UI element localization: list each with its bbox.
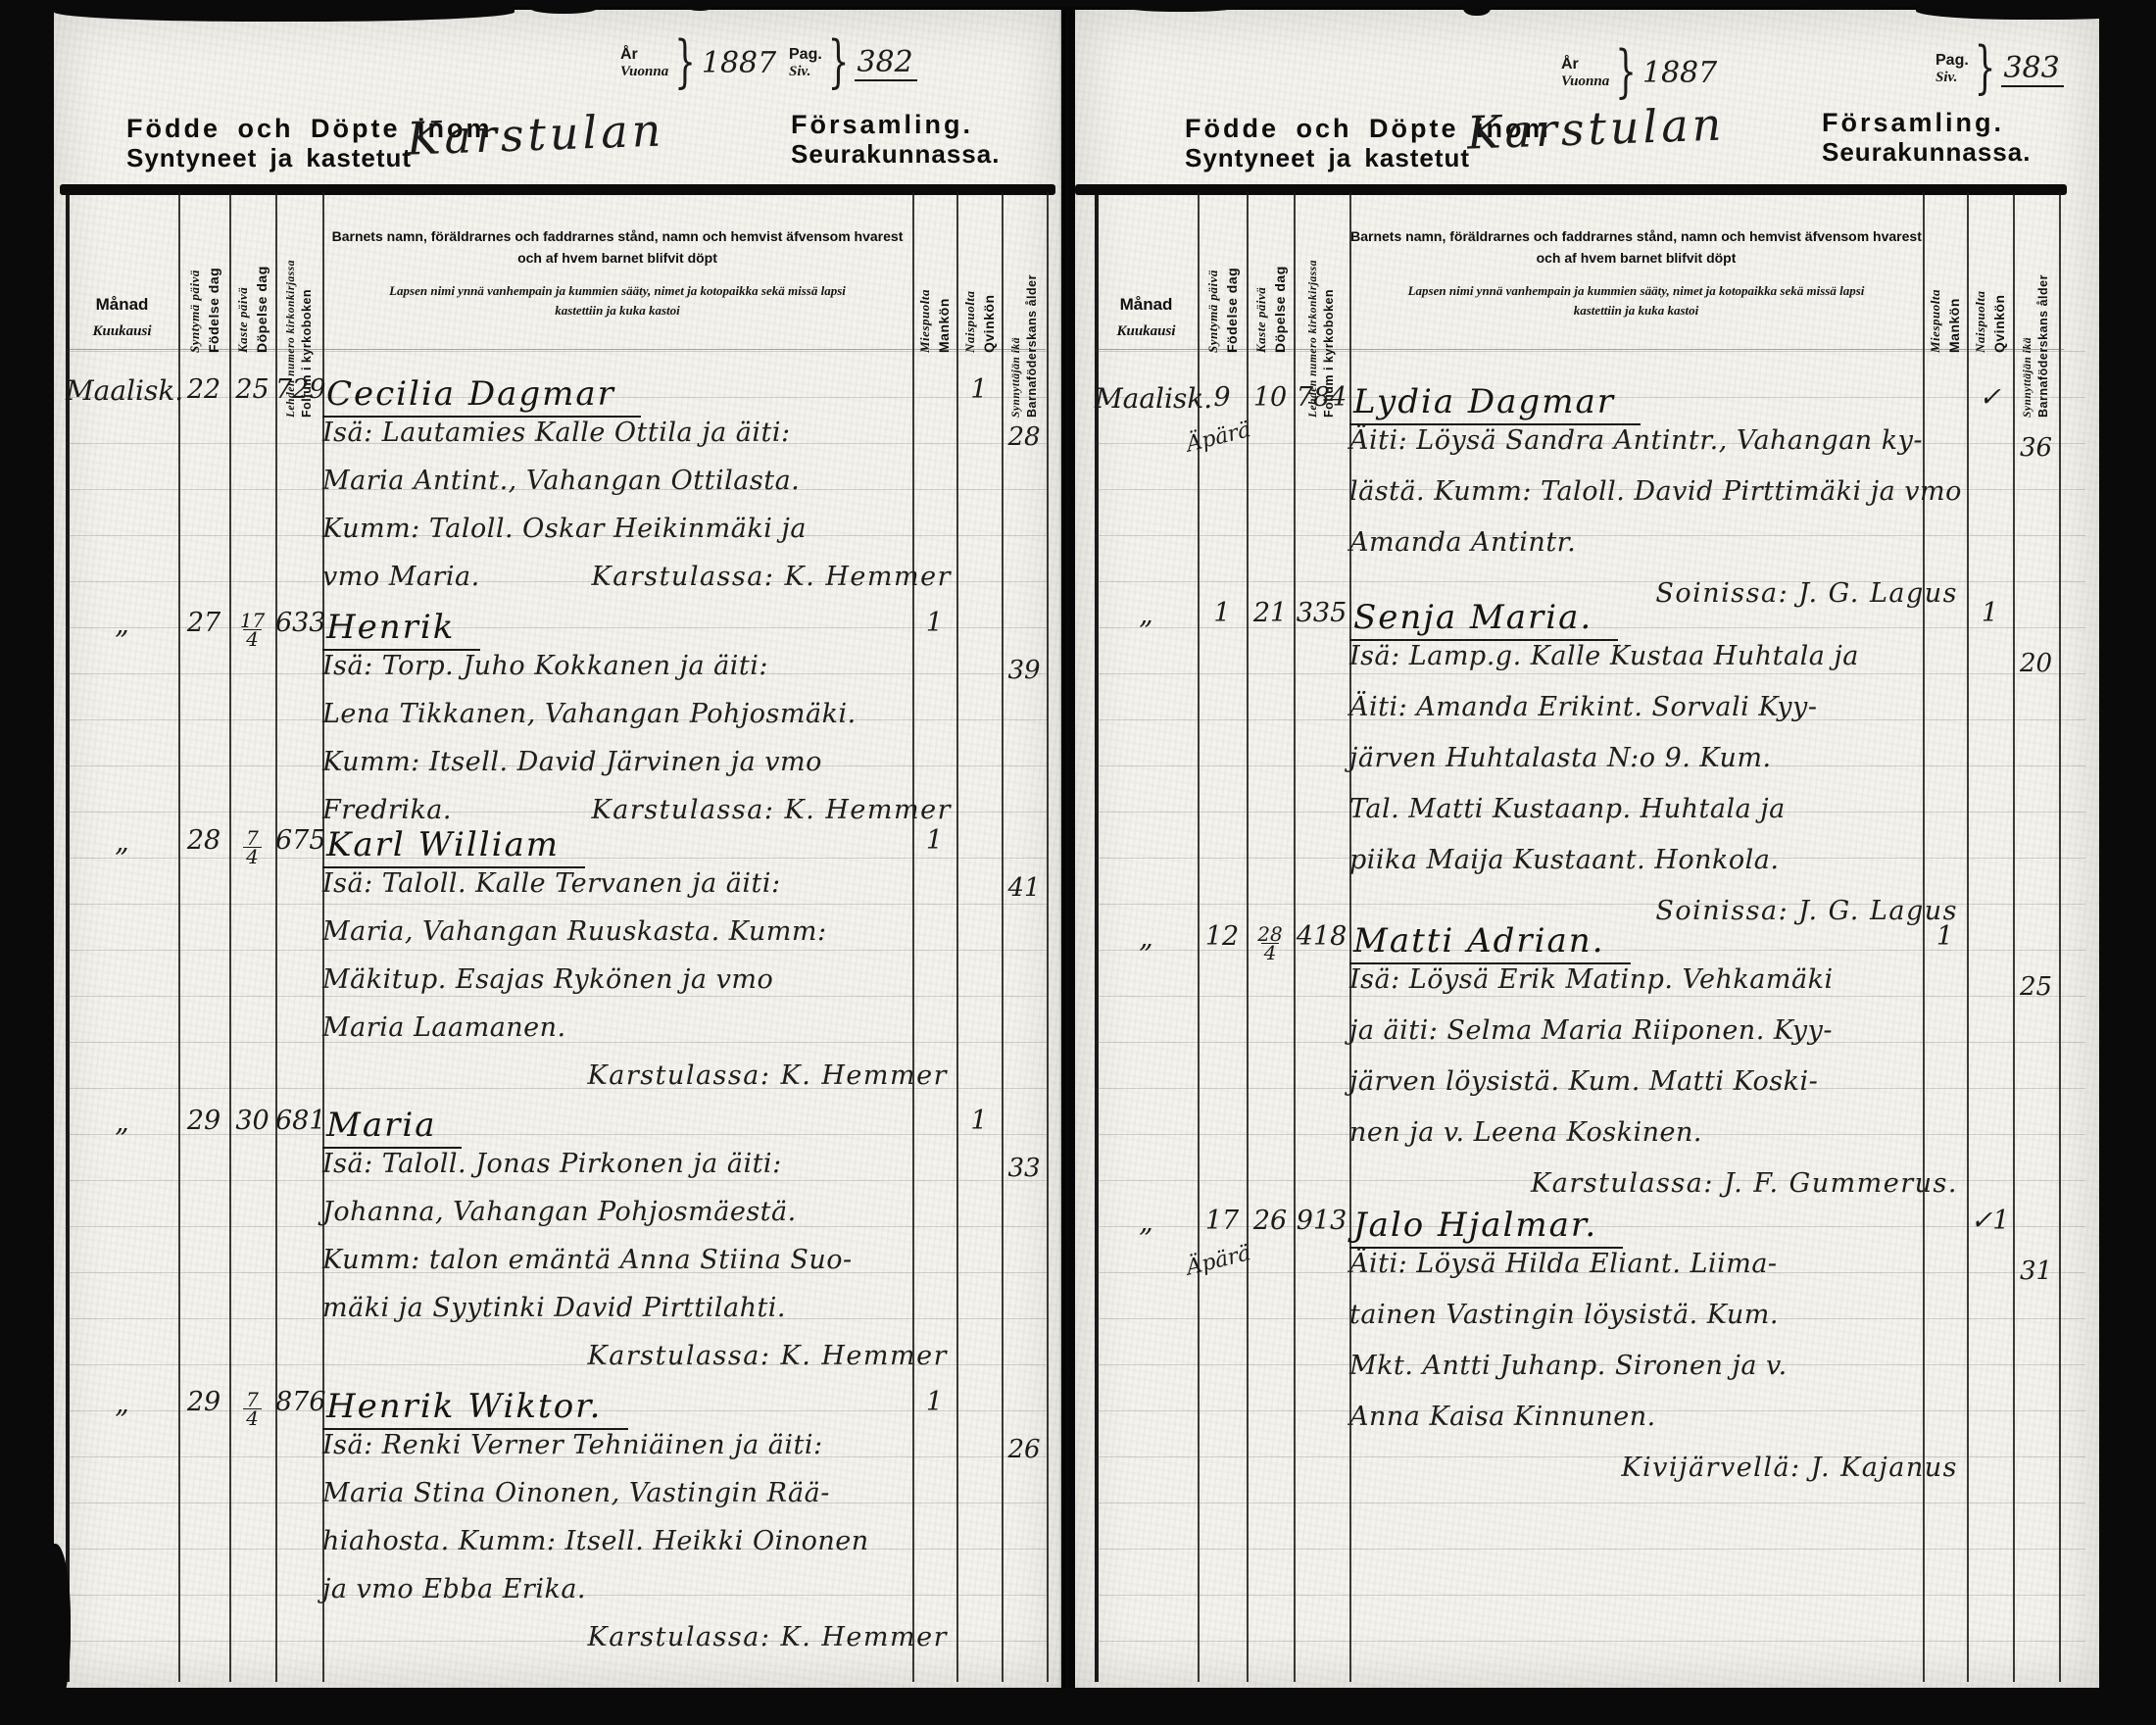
scan-artifact (529, 0, 598, 14)
entry-body-line: Fredrika.Karstulassa: K. Hemmer (322, 795, 952, 825)
entry-folio-number: 784 (1294, 382, 1349, 413)
entry-male-mark: 1 (912, 1387, 956, 1417)
entry-folio-number: 681 (275, 1106, 322, 1136)
entry-birth-note: Äpärä (1184, 1245, 1238, 1280)
entry-mother-age: 41 (1002, 873, 1047, 903)
register-page-right: År Vuonna } 1887 Pag. Siv. } 383 Födde o… (1075, 10, 2099, 1688)
entry-body-line: järven löysistä. Kum. Matti Koski- (1349, 1066, 1962, 1097)
entry-month: Maalisk. (66, 374, 178, 407)
entry-signature: Karstulassa: K. Hemmer (322, 1060, 952, 1091)
entry-body-line: Isä: Lamp.g. Kalle Kustaa Huhtala ja (1349, 641, 1962, 671)
entry-birth-note: Äpärä (1184, 421, 1238, 457)
entry-body-line: Mäkitup. Esajas Rykönen ja vmo (322, 964, 952, 995)
entry-mother-age: 20 (2013, 649, 2059, 678)
entry-mother-age: 31 (2013, 1257, 2059, 1286)
entry-signature: Karstulassa: K. Hemmer (322, 1341, 952, 1371)
entry-month: Maalisk. (1095, 382, 1198, 415)
entry-female-mark: ✓ (1967, 382, 2013, 413)
entry-baptism-day: 284 (1247, 921, 1294, 965)
entry-body-line: piika Maija Kustaant. Honkola. (1349, 845, 1962, 875)
entry-baptism-day: 74 (229, 1387, 275, 1431)
entry-month: „ (66, 825, 178, 858)
entry-baptism-day: 30 (229, 1106, 275, 1136)
entry-body-line: Isä: Taloll. Kalle Tervanen ja äiti: (322, 868, 952, 899)
entries-layer: Maalisk. 22 25 729 Cecilia Dagmar Isä: L… (54, 10, 1061, 1688)
entry-child-name: Matti Adrian. (1349, 921, 1631, 964)
entry-female-mark: 1 (956, 1106, 1002, 1136)
entry-child-name: Maria (322, 1106, 462, 1149)
entry-mother-age: 28 (1002, 422, 1047, 452)
entry-folio-number: 876 (275, 1387, 322, 1417)
entry-child-name: Jalo Hjalmar. (1349, 1206, 1623, 1249)
entry-birth-day: 29 (178, 1106, 229, 1136)
entry-body-line: ja äiti: Selma Maria Riiponen. Kyy- (1349, 1015, 1962, 1046)
entry-body-line: lästä. Kumm: Taloll. David Pirttimäki ja… (1349, 476, 1962, 507)
entry-female-mark: 1 (1967, 598, 2013, 628)
page-fold-line (1066, 10, 1069, 1688)
entry-body-line: Mkt. Antti Juhanp. Sironen ja v. (1349, 1351, 1962, 1381)
entry-folio-number: 729 (275, 374, 322, 405)
entry-baptism-day: 26 (1247, 1206, 1294, 1236)
entry-folio-number: 633 (275, 608, 322, 638)
entry-child-name: Henrik Wiktor. (322, 1387, 628, 1430)
scan-artifact (686, 1, 713, 11)
scanned-register-spread: År Vuonna } 1887 Pag. Siv. } 382 Födde o… (0, 0, 2156, 1725)
entry-baptism-day: 10 (1247, 382, 1294, 413)
entry-body-line: Äiti: Löysä Sandra Antintr., Vahangan ky… (1349, 425, 1962, 456)
entry-folio-number: 675 (275, 825, 322, 856)
entry-month: „ (1095, 1206, 1198, 1238)
entry-birth-day: 12 (1198, 921, 1247, 952)
entry-body-line: järven Huhtalasta N:o 9. Kum. (1349, 743, 1962, 773)
entry-child-name: Cecilia Dagmar (322, 374, 641, 418)
entry-body-line: mäki ja Syytinki David Pirttilahti. (322, 1293, 952, 1323)
entry-body-line: Kumm: talon emäntä Anna Stiina Suo- (322, 1245, 952, 1275)
entry-body-line: nen ja v. Leena Koskinen. (1349, 1117, 1962, 1148)
entry-body-line: Anna Kaisa Kinnunen. (1349, 1402, 1962, 1432)
entry-mother-age: 39 (1002, 656, 1047, 685)
entry-body-line: Kumm: Taloll. Oskar Heikinmäki ja (322, 514, 952, 544)
entry-body-line: Maria, Vahangan Ruuskasta. Kumm: (322, 916, 952, 947)
entry-female-mark: ✓1 (1967, 1206, 2013, 1236)
entry-body-line: Kumm: Itsell. David Järvinen ja vmo (322, 747, 952, 777)
entry-folio-number: 418 (1294, 921, 1349, 952)
entry-body-line: Maria Stina Oinonen, Vastingin Rää- (322, 1478, 952, 1508)
entry-birth-day: 9 Äpärä (1198, 382, 1247, 449)
entry-birth-day: 27 (178, 608, 229, 638)
entry-mother-age: 25 (2013, 972, 2059, 1002)
entry-body-line: Isä: Renki Verner Tehniäinen ja äiti: (322, 1430, 952, 1460)
entry-male-mark: 1 (912, 608, 956, 638)
entry-birth-day: 1 (1198, 598, 1247, 628)
scan-edge-left (0, 0, 54, 1725)
entry-baptism-day: 74 (229, 825, 275, 869)
entry-body-line: Johanna, Vahangan Pohjosmäestä. (322, 1197, 952, 1227)
entry-month: „ (1095, 598, 1198, 630)
entry-body-line: Lena Tikkanen, Vahangan Pohjosmäki. (322, 699, 952, 729)
entry-signature: Karstulassa: K. Hemmer (322, 1622, 952, 1652)
entry-signature: Karstulassa: J. F. Gummerus. (1349, 1168, 1962, 1199)
entry-body-line: Äiti: Löysä Hilda Eliant. Liima- (1349, 1249, 1962, 1279)
scan-artifact (1801, 0, 1886, 10)
scan-edge-bottom (0, 1688, 2156, 1725)
entry-folio-number: 913 (1294, 1206, 1349, 1236)
entry-mother-age: 36 (2013, 433, 2059, 463)
entry-male-mark: 1 (912, 825, 956, 856)
entry-body-line: tainen Vastingin löysistä. Kum. (1349, 1300, 1962, 1330)
entry-child-name: Henrik (322, 608, 480, 651)
entry-body-line: Amanda Antintr. (1349, 527, 1962, 558)
entry-month: „ (1095, 921, 1198, 954)
entry-body-line: Maria Antint., Vahangan Ottilasta. (322, 466, 952, 496)
entry-body-line: Isä: Torp. Juho Kokkanen ja äiti: (322, 651, 952, 681)
entry-body-line: Tal. Matti Kustaanp. Huhtala ja (1349, 794, 1962, 824)
entry-baptism-day: 21 (1247, 598, 1294, 628)
entry-body-line: hiahosta. Kumm: Itsell. Heikki Oinonen (322, 1526, 952, 1556)
entry-child-name: Karl William (322, 825, 585, 868)
entry-birth-day: 28 (178, 825, 229, 856)
scan-artifact (37, 1544, 71, 1710)
entry-male-mark: 1 (1923, 921, 1967, 952)
entry-body-line: Isä: Lautamies Kalle Ottila ja äiti: (322, 418, 952, 448)
entry-baptism-day: 174 (229, 608, 275, 652)
entry-body-line: Isä: Taloll. Jonas Pirkonen ja äiti: (322, 1149, 952, 1179)
entry-body-line: Isä: Löysä Erik Matinp. Vehkamäki (1349, 964, 1962, 995)
entry-body-line: ja vmo Ebba Erika. (322, 1574, 952, 1604)
entry-birth-day: 22 (178, 374, 229, 405)
register-page-left: År Vuonna } 1887 Pag. Siv. } 382 Födde o… (54, 10, 1061, 1688)
scan-artifact (1122, 0, 1240, 12)
entry-signature: Karstulassa: K. Hemmer (592, 562, 952, 592)
entry-female-mark: 1 (956, 374, 1002, 405)
entry-mother-age: 33 (1002, 1154, 1047, 1183)
entry-signature: Kivijärvellä: J. Kajanus (1349, 1453, 1962, 1483)
entry-child-name: Lydia Dagmar (1349, 382, 1641, 425)
entries-layer: Maalisk. 9 Äpärä 10 784 Lydia Dagmar Äit… (1075, 10, 2099, 1688)
entry-month: „ (66, 1387, 178, 1419)
scan-edge-right (2099, 0, 2156, 1725)
entry-mother-age: 26 (1002, 1435, 1047, 1464)
entry-birth-day: 17 Äpärä (1198, 1206, 1247, 1272)
entry-birth-day: 29 (178, 1387, 229, 1417)
entry-month: „ (66, 1106, 178, 1138)
scan-artifact (1463, 0, 1491, 16)
entry-signature: Karstulassa: K. Hemmer (592, 795, 952, 825)
entry-body-line: Äiti: Amanda Erikint. Sorvali Kyy- (1349, 692, 1962, 722)
scan-artifact (54, 0, 514, 22)
entry-body-line: vmo Maria.Karstulassa: K. Hemmer (322, 562, 952, 592)
entry-baptism-day: 25 (229, 374, 275, 405)
entry-month: „ (66, 608, 178, 640)
scan-artifact (1916, 0, 2156, 20)
entry-folio-number: 335 (1294, 598, 1349, 628)
entry-child-name: Senja Maria. (1349, 598, 1618, 641)
entry-body-line: Maria Laamanen. (322, 1012, 952, 1043)
